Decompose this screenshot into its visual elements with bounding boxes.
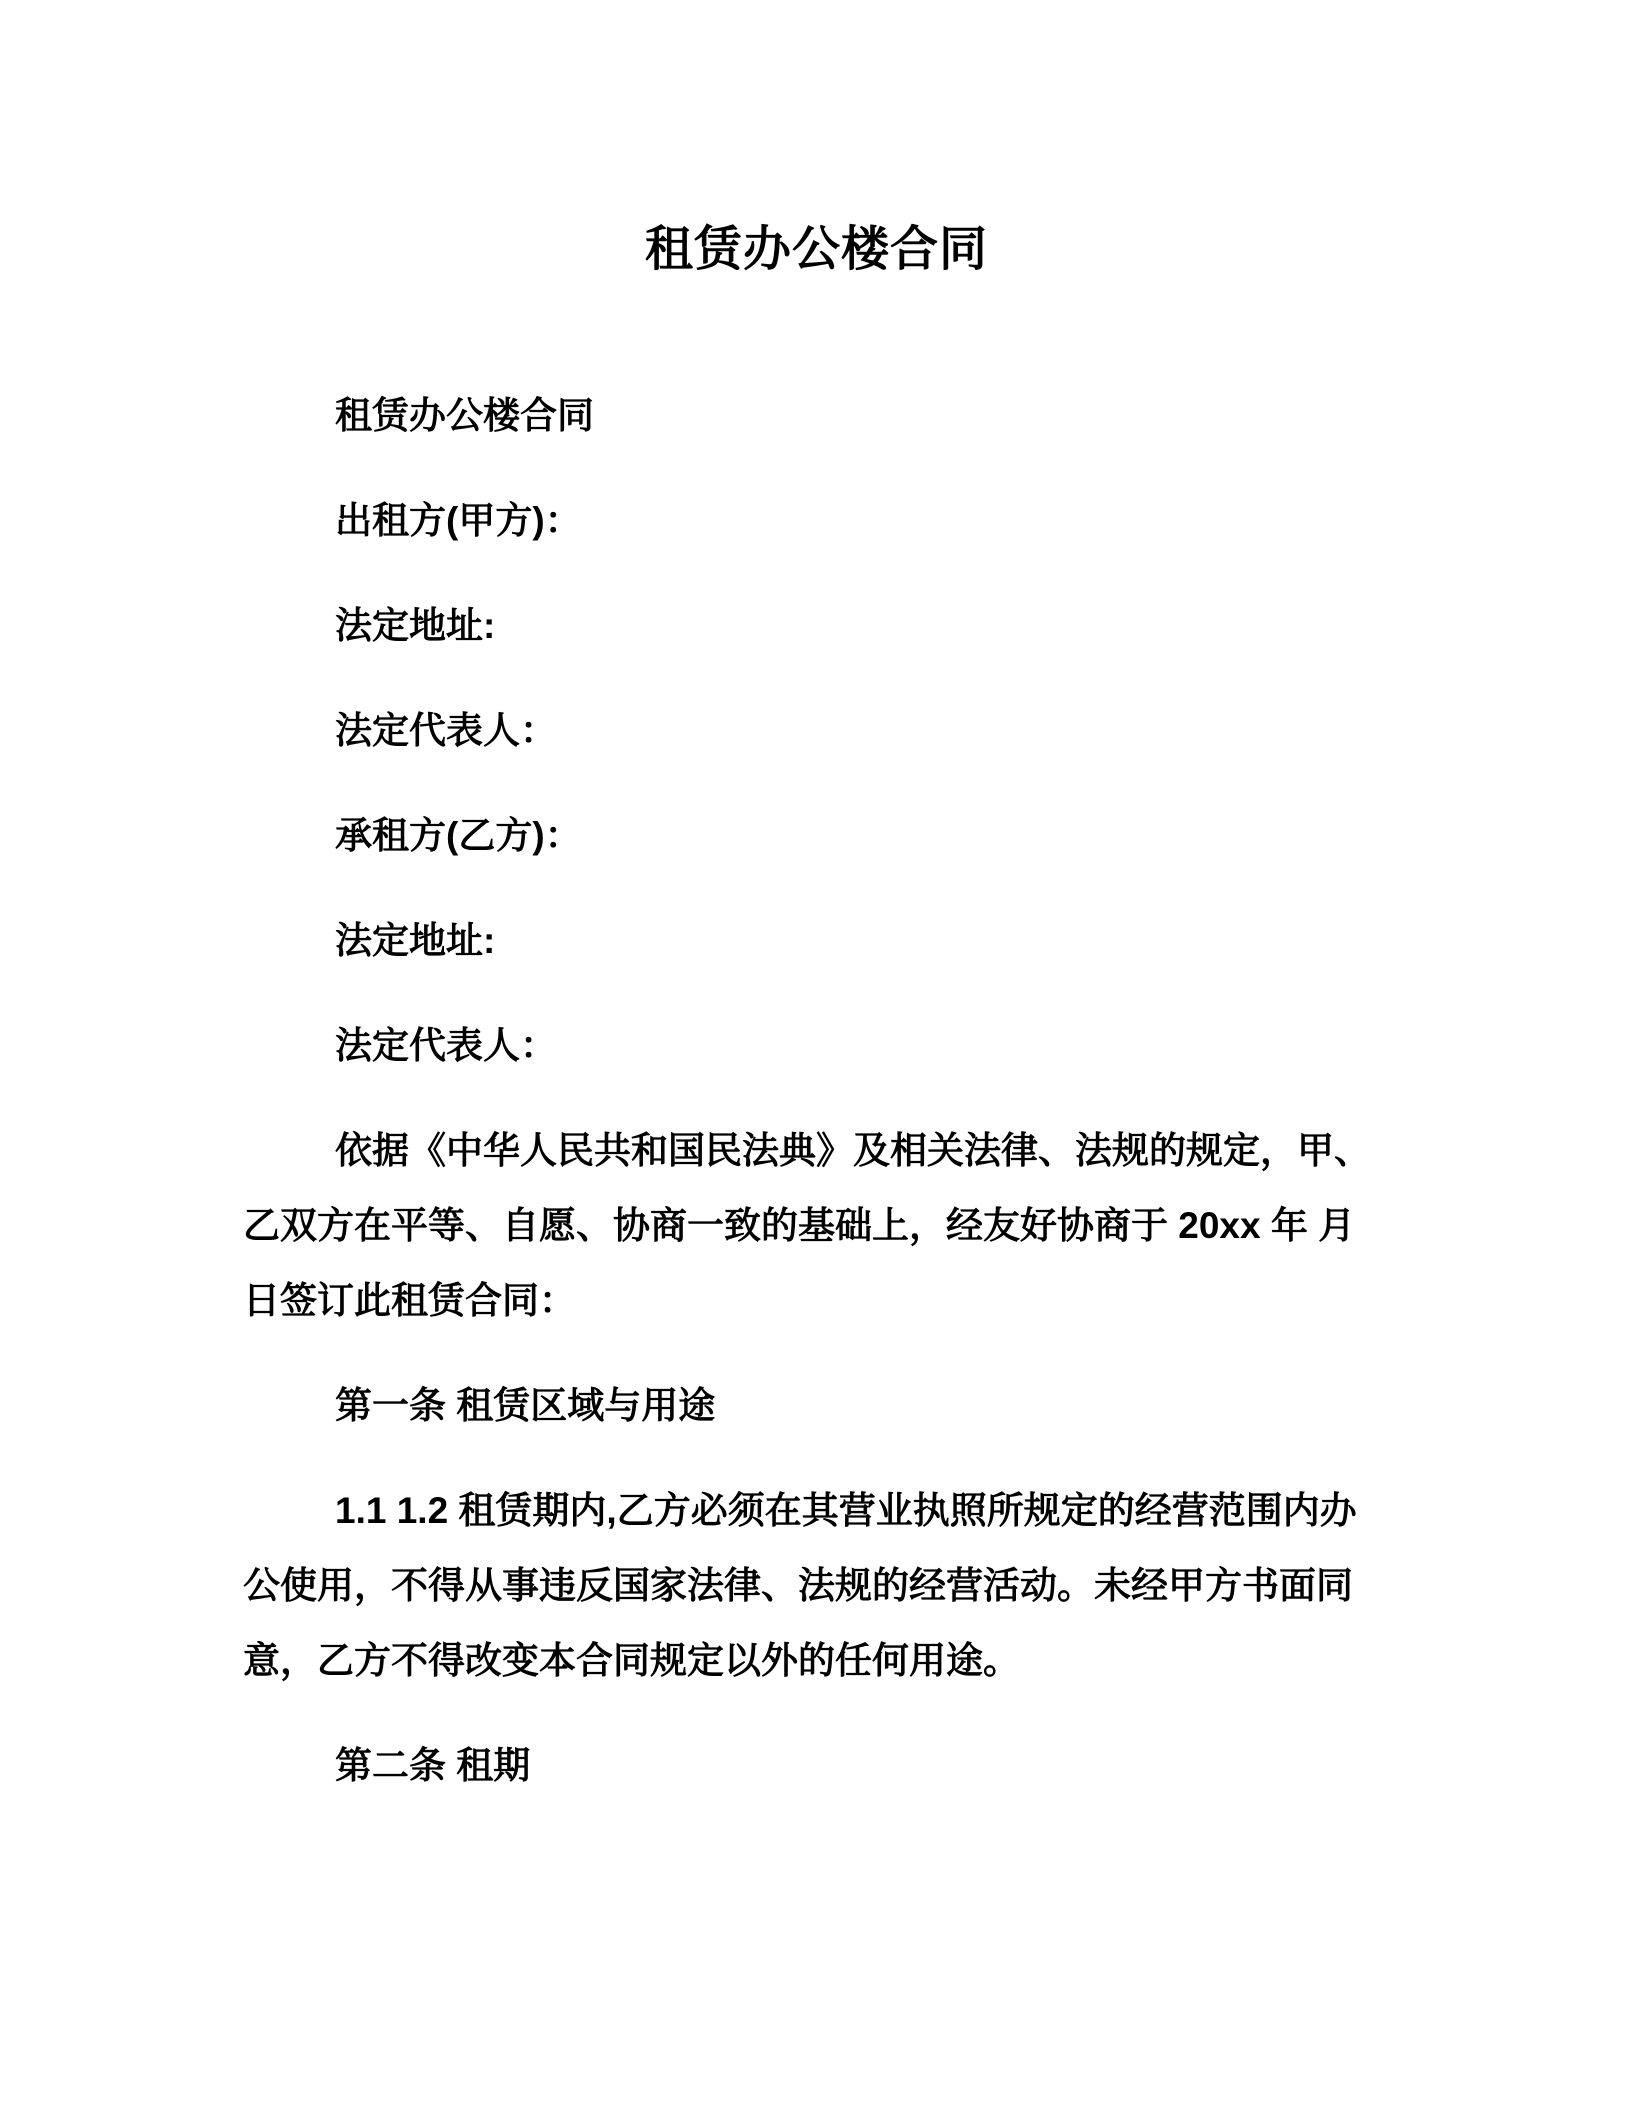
article-1-clause: 1.1 1.2 租赁期内,乙方必须在其营业执照所规定的经营范围内办公使用，不得从… [243, 1473, 1390, 1698]
lessee-legal-address-label: 法定地址: [243, 903, 1390, 978]
lessee-party-b-label: 承租方(乙方)： [243, 798, 1390, 873]
contract-document-page: 租赁办公楼合同 租赁办公楼合同 出租方(甲方)： 法定地址: 法定代表人： 承租… [0, 0, 1632, 2112]
lessor-party-a-label: 出租方(甲方)： [243, 483, 1390, 558]
article-2-heading: 第二条 租期 [243, 1728, 1390, 1803]
lessee-legal-representative-label: 法定代表人： [243, 1008, 1390, 1083]
lessor-legal-representative-label: 法定代表人： [243, 693, 1390, 768]
document-title: 租赁办公楼合同 [243, 211, 1390, 289]
preamble-paragraph: 依据《中华人民共和国民法典》及相关法律、法规的规定，甲、乙双方在平等、自愿、协商… [243, 1113, 1390, 1338]
contract-subtitle: 租赁办公楼合同 [243, 378, 1390, 453]
lessor-legal-address-label: 法定地址: [243, 588, 1390, 663]
article-1-heading: 第一条 租赁区域与用途 [243, 1368, 1390, 1443]
